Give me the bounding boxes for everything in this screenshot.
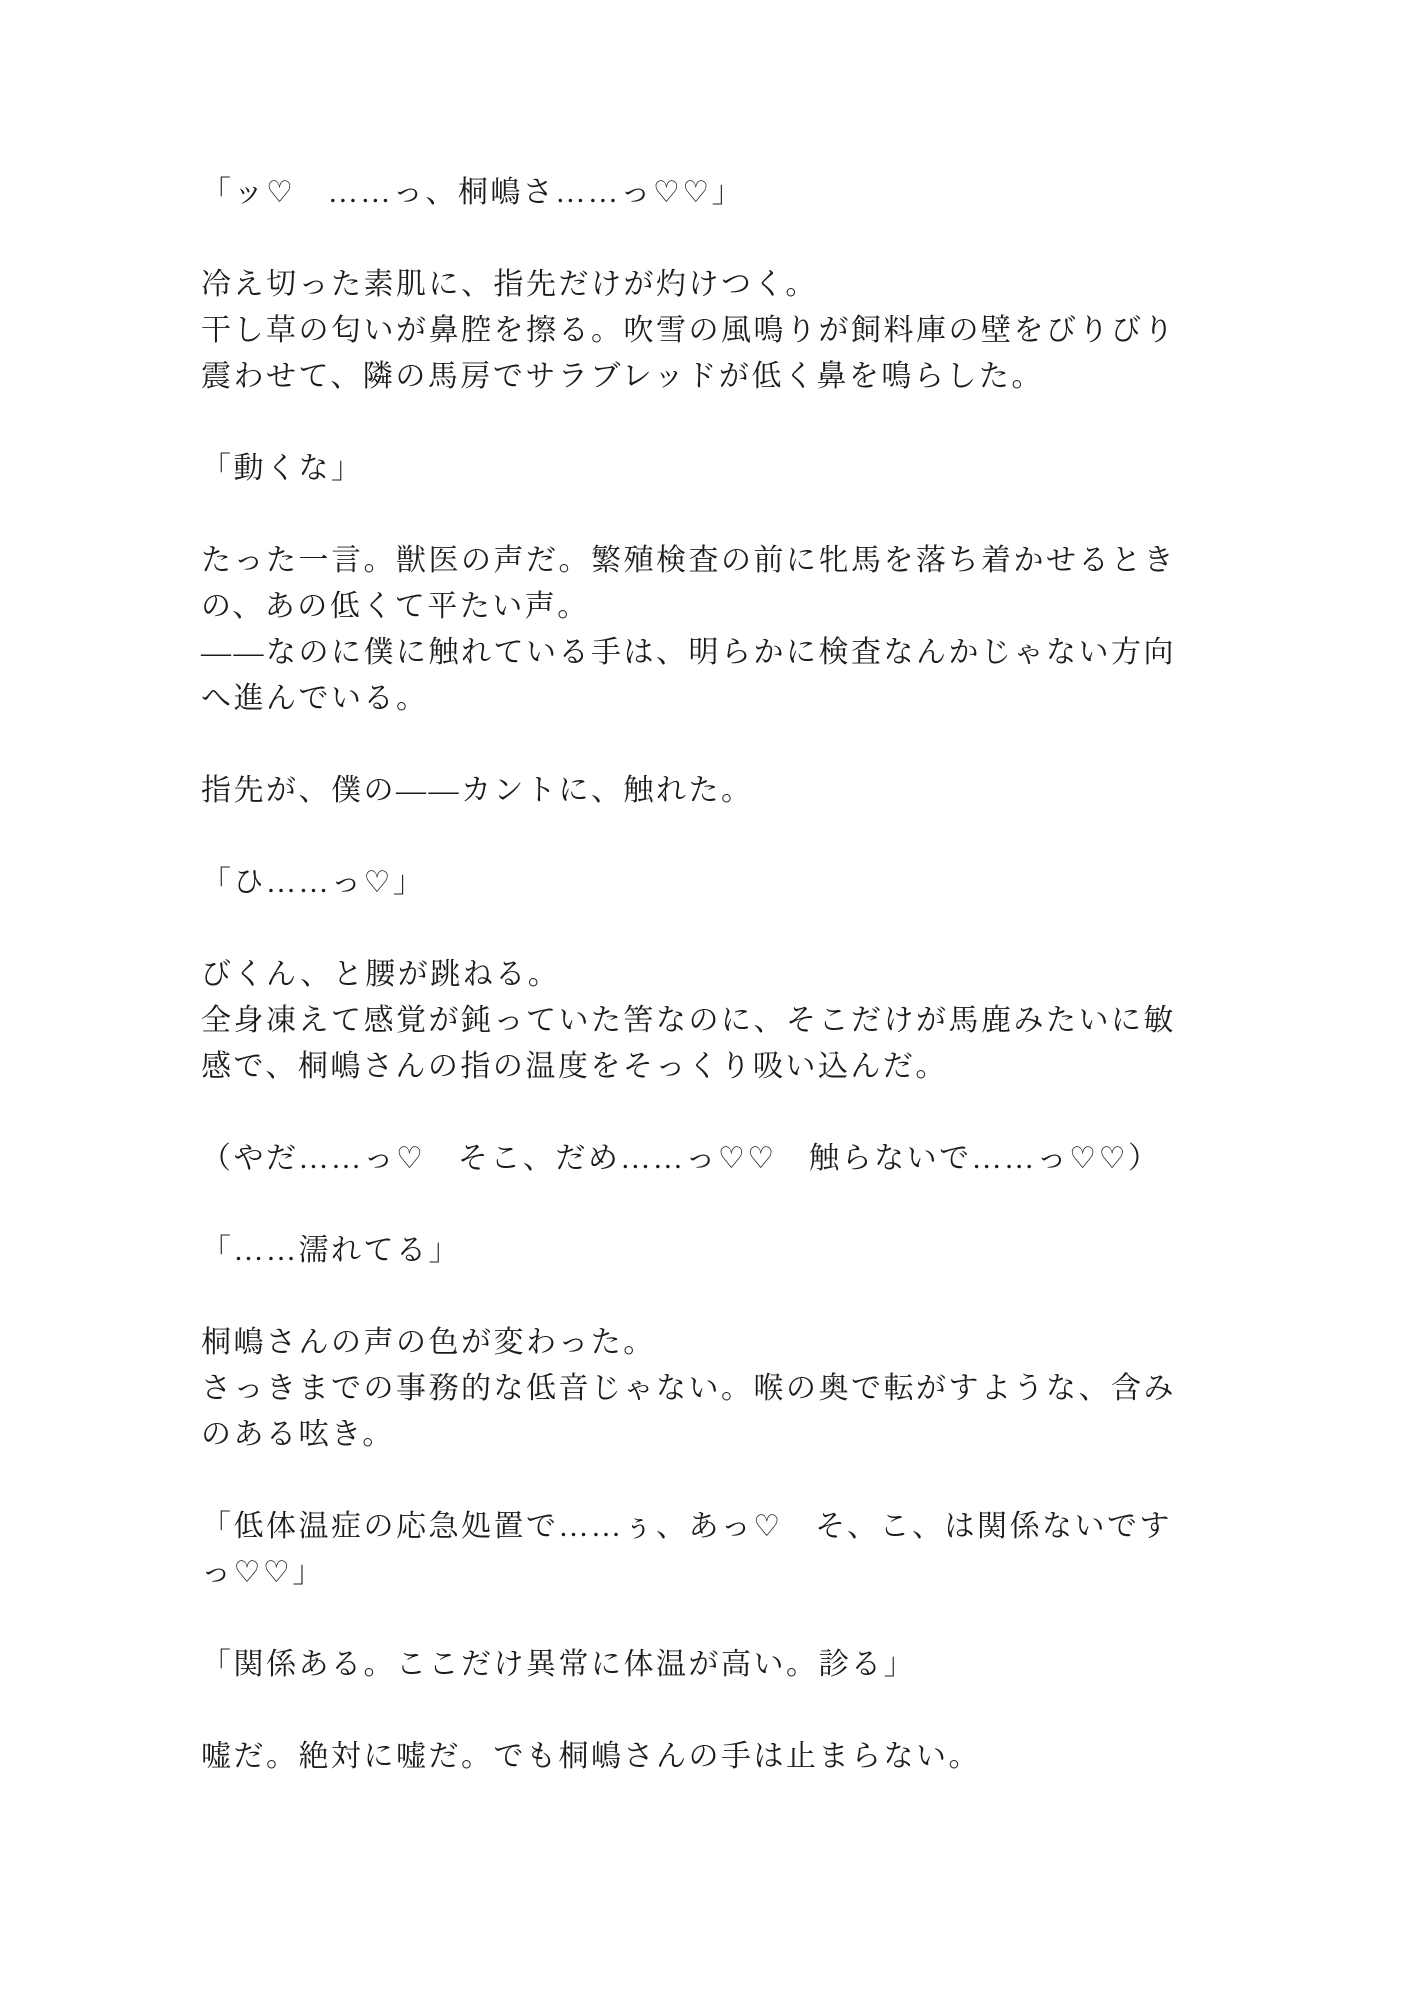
text-line: っ♡♡」 bbox=[201, 1550, 1181, 1596]
paragraph: たった一言。獣医の声だ。繁殖検査の前に牝馬を落ち着かせるときの、あの低くて平たい… bbox=[201, 538, 1181, 722]
paragraph: 嘘だ。絶対に嘘だ。でも桐嶋さんの手は止まらない。 bbox=[201, 1734, 1181, 1780]
paragraph: （やだ……っ♡ そこ、だめ……っ♡♡ 触らないで……っ♡♡） bbox=[201, 1136, 1181, 1182]
text-line: たった一言。獣医の声だ。繁殖検査の前に牝馬を落ち着かせるとき bbox=[201, 538, 1181, 584]
paragraph: 「ひ……っ♡」 bbox=[201, 860, 1181, 906]
text-line: 桐嶋さんの声の色が変わった。 bbox=[201, 1320, 1181, 1366]
text-line: 指先が、僕の――カントに、触れた。 bbox=[201, 768, 1181, 814]
text-line: 「ッ♡ ……っ、桐嶋さ……っ♡♡」 bbox=[201, 170, 1181, 216]
text-line: 「低体温症の応急処置で……ぅ、あっ♡ そ、こ、は関係ないです bbox=[201, 1504, 1181, 1550]
text-line: 冷え切った素肌に、指先だけが灼けつく。 bbox=[201, 262, 1181, 308]
text-line: 「……濡れてる」 bbox=[201, 1228, 1181, 1274]
text-line: 震わせて、隣の馬房でサラブレッドが低く鼻を鳴らした。 bbox=[201, 354, 1181, 400]
text-line: ――なのに僕に触れている手は、明らかに検査なんかじゃない方向 bbox=[201, 630, 1181, 676]
paragraph: 桐嶋さんの声の色が変わった。さっきまでの事務的な低音じゃない。喉の奥で転がすよう… bbox=[201, 1320, 1181, 1458]
text-line: の、あの低くて平たい声。 bbox=[201, 584, 1181, 630]
paragraph: 「低体温症の応急処置で……ぅ、あっ♡ そ、こ、は関係ないですっ♡♡」 bbox=[201, 1504, 1181, 1596]
text-line: 全身凍えて感覚が鈍っていた筈なのに、そこだけが馬鹿みたいに敏 bbox=[201, 998, 1181, 1044]
paragraph: 「動くな」 bbox=[201, 446, 1181, 492]
text-line: 感で、桐嶋さんの指の温度をそっくり吸い込んだ。 bbox=[201, 1044, 1181, 1090]
text-line: さっきまでの事務的な低音じゃない。喉の奥で転がすような、含み bbox=[201, 1366, 1181, 1412]
text-line: 嘘だ。絶対に嘘だ。でも桐嶋さんの手は止まらない。 bbox=[201, 1734, 1181, 1780]
text-line: びくん、と腰が跳ねる。 bbox=[201, 952, 1181, 998]
text-line: 「動くな」 bbox=[201, 446, 1181, 492]
text-line: 干し草の匂いが鼻腔を擦る。吹雪の風鳴りが飼料庫の壁をびりびり bbox=[201, 308, 1181, 354]
story-text: 「ッ♡ ……っ、桐嶋さ……っ♡♡」冷え切った素肌に、指先だけが灼けつく。干し草の… bbox=[201, 170, 1181, 1780]
paragraph: 「……濡れてる」 bbox=[201, 1228, 1181, 1274]
text-line: 「関係ある。ここだけ異常に体温が高い。診る」 bbox=[201, 1642, 1181, 1688]
text-line: （やだ……っ♡ そこ、だめ……っ♡♡ 触らないで……っ♡♡） bbox=[201, 1136, 1181, 1182]
text-line: のある呟き。 bbox=[201, 1412, 1181, 1458]
paragraph: 「関係ある。ここだけ異常に体温が高い。診る」 bbox=[201, 1642, 1181, 1688]
paragraph: 指先が、僕の――カントに、触れた。 bbox=[201, 768, 1181, 814]
paragraph: 「ッ♡ ……っ、桐嶋さ……っ♡♡」 bbox=[201, 170, 1181, 216]
paragraph: びくん、と腰が跳ねる。全身凍えて感覚が鈍っていた筈なのに、そこだけが馬鹿みたいに… bbox=[201, 952, 1181, 1090]
document-page: 「ッ♡ ……っ、桐嶋さ……っ♡♡」冷え切った素肌に、指先だけが灼けつく。干し草の… bbox=[0, 0, 1415, 2000]
paragraph: 冷え切った素肌に、指先だけが灼けつく。干し草の匂いが鼻腔を擦る。吹雪の風鳴りが飼… bbox=[201, 262, 1181, 400]
page: { "page": { "background_color": "#ffffff… bbox=[0, 0, 1415, 2000]
text-line: 「ひ……っ♡」 bbox=[201, 860, 1181, 906]
text-line: へ進んでいる。 bbox=[201, 676, 1181, 722]
